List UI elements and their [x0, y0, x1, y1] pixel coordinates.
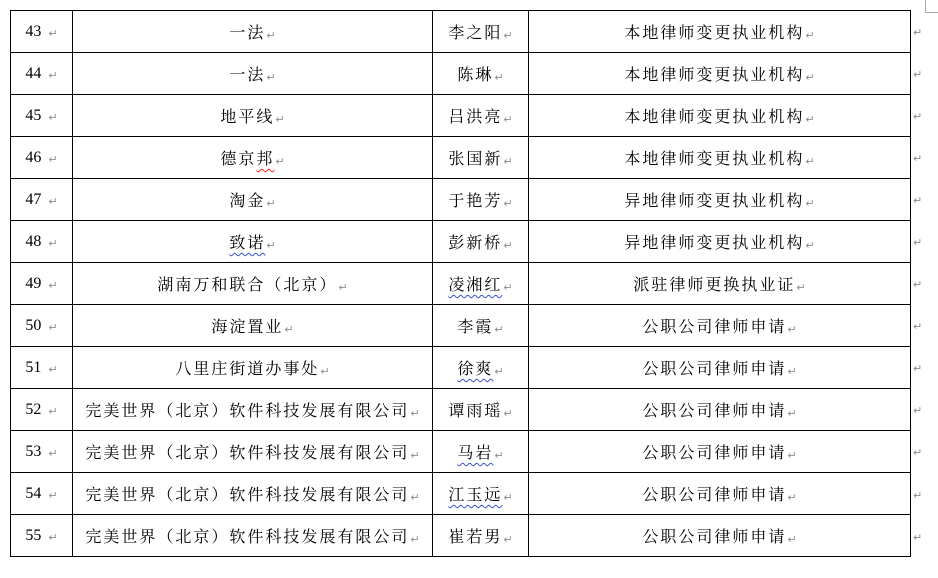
paragraph-mark-icon: ↵ [503, 281, 512, 294]
serial-cell: 50↵ [11, 305, 73, 347]
name-cell: 于艳芳↵ [433, 179, 529, 221]
table-row: 47↵淘金↵于艳芳↵异地律师变更执业机构↵ [11, 179, 911, 221]
paragraph-mark-icon: ↵ [338, 281, 347, 294]
name-cell: 吕洪亮↵ [433, 95, 529, 137]
table-row: 50↵海淀置业↵李霞↵公职公司律师申请↵ [11, 305, 911, 347]
cell-text: 本地律师变更执业机构 [624, 109, 804, 126]
end-of-row-mark-icon: ↵ [913, 516, 922, 558]
serial-number: 43 [25, 23, 41, 40]
serial-cell: 49↵ [11, 263, 73, 305]
end-of-row-mark-icon: ↵ [913, 179, 922, 221]
organization-cell: 完美世界（北京）软件科技发展有限公司↵ [73, 431, 433, 473]
organization-cell: 完美世界（北京）软件科技发展有限公司↵ [73, 473, 433, 515]
cell-text: 德京 [220, 151, 256, 168]
serial-number: 55 [25, 527, 41, 544]
organization-cell: 海淀置业↵ [73, 305, 433, 347]
cell-text: 崔若男 [448, 529, 502, 546]
table-row: 46↵德京邦↵张国新↵本地律师变更执业机构↵ [11, 137, 911, 179]
paragraph-mark-icon: ↵ [284, 323, 293, 336]
serial-number: 46 [25, 149, 41, 166]
serial-cell: 43↵ [11, 11, 73, 53]
paragraph-mark-icon: ↵ [805, 71, 814, 84]
paragraph-mark-icon: ↵ [787, 323, 796, 336]
paragraph-mark-icon: ↵ [48, 279, 57, 292]
text-boundary-corner-mark-icon [925, 0, 938, 13]
paragraph-mark-icon: ↵ [503, 29, 512, 42]
paragraph-mark-icon: ↵ [266, 29, 275, 42]
lawyer-applications-table: 43↵一法↵李之阳↵本地律师变更执业机构↵44↵一法↵陈琳↵本地律师变更执业机构… [10, 10, 911, 557]
wavy-underlined-text: 凌湘红 [448, 277, 502, 294]
organization-cell: 德京邦↵ [73, 137, 433, 179]
paragraph-mark-icon: ↵ [805, 155, 814, 168]
category-cell: 公职公司律师申请↵ [529, 347, 911, 389]
end-of-row-mark-icon: ↵ [913, 348, 922, 390]
paragraph-mark-icon: ↵ [48, 321, 57, 334]
serial-number: 51 [25, 359, 41, 376]
paragraph-mark-icon: ↵ [410, 449, 419, 462]
organization-cell: 湖南万和联合（北京）↵ [73, 263, 433, 305]
organization-cell: 一法↵ [73, 53, 433, 95]
cell-text: 公职公司律师申请 [642, 319, 786, 336]
cell-text: 公职公司律师申请 [642, 403, 786, 420]
wavy-underlined-text: 徐爽 [457, 361, 493, 378]
paragraph-mark-icon: ↵ [787, 533, 796, 546]
cell-text: 公职公司律师申请 [642, 361, 786, 378]
paragraph-mark-icon: ↵ [805, 239, 814, 252]
wavy-underlined-text: 马岩 [457, 445, 493, 462]
cell-text: 公职公司律师申请 [642, 529, 786, 546]
category-cell: 公职公司律师申请↵ [529, 389, 911, 431]
table-body: 43↵一法↵李之阳↵本地律师变更执业机构↵44↵一法↵陈琳↵本地律师变更执业机构… [11, 11, 911, 557]
paragraph-mark-icon: ↵ [494, 71, 503, 84]
end-of-row-mark-icon: ↵ [913, 474, 922, 516]
cell-text: 吕洪亮 [448, 109, 502, 126]
paragraph-mark-icon: ↵ [48, 195, 57, 208]
serial-cell: 48↵ [11, 221, 73, 263]
cell-text: 完美世界（北京）软件科技发展有限公司 [85, 403, 409, 420]
name-cell: 凌湘红↵ [433, 263, 529, 305]
paragraph-mark-icon: ↵ [48, 69, 57, 82]
cell-text: 完美世界（北京）软件科技发展有限公司 [85, 445, 409, 462]
table-row: 54↵完美世界（北京）软件科技发展有限公司↵江玉远↵公职公司律师申请↵ [11, 473, 911, 515]
table-row: 49↵湖南万和联合（北京）↵凌湘红↵派驻律师更换执业证↵ [11, 263, 911, 305]
category-cell: 公职公司律师申请↵ [529, 305, 911, 347]
serial-number: 54 [25, 485, 41, 502]
end-of-row-mark-icon: ↵ [913, 53, 922, 95]
paragraph-mark-icon: ↵ [805, 29, 814, 42]
paragraph-mark-icon: ↵ [805, 197, 814, 210]
paragraph-mark-icon: ↵ [503, 239, 512, 252]
serial-number: 49 [25, 275, 41, 292]
cell-text: 海淀置业 [211, 319, 283, 336]
organization-cell: 完美世界（北京）软件科技发展有限公司↵ [73, 515, 433, 557]
table-row: 44↵一法↵陈琳↵本地律师变更执业机构↵ [11, 53, 911, 95]
cell-text: 本地律师变更执业机构 [624, 25, 804, 42]
category-cell: 本地律师变更执业机构↵ [529, 11, 911, 53]
paragraph-mark-icon: ↵ [503, 407, 512, 420]
cell-text: 公职公司律师申请 [642, 445, 786, 462]
category-cell: 本地律师变更执业机构↵ [529, 53, 911, 95]
cell-text: 彭新桥 [448, 235, 502, 252]
organization-cell: 淘金↵ [73, 179, 433, 221]
serial-cell: 46↵ [11, 137, 73, 179]
category-cell: 异地律师变更执业机构↵ [529, 179, 911, 221]
serial-number: 50 [25, 317, 41, 334]
serial-number: 48 [25, 233, 41, 250]
name-cell: 江玉远↵ [433, 473, 529, 515]
organization-cell: 一法↵ [73, 11, 433, 53]
serial-cell: 44↵ [11, 53, 73, 95]
wavy-underlined-text: 江玉远 [448, 487, 502, 504]
paragraph-mark-icon: ↵ [787, 365, 796, 378]
cell-text: 淘金 [229, 193, 265, 210]
serial-cell: 52↵ [11, 389, 73, 431]
table-row: 43↵一法↵李之阳↵本地律师变更执业机构↵ [11, 11, 911, 53]
cell-text: 八里庄街道办事处 [175, 361, 319, 378]
cell-text: 李之阳 [448, 25, 502, 42]
cell-text: 一法 [229, 25, 265, 42]
cell-text: 一法 [229, 67, 265, 84]
table-row: 51↵八里庄街道办事处↵徐爽↵公职公司律师申请↵ [11, 347, 911, 389]
cell-text: 异地律师变更执业机构 [624, 193, 804, 210]
paragraph-mark-icon: ↵ [494, 365, 503, 378]
paragraph-mark-icon: ↵ [48, 405, 57, 418]
name-cell: 彭新桥↵ [433, 221, 529, 263]
cell-text: 于艳芳 [448, 193, 502, 210]
category-cell: 本地律师变更执业机构↵ [529, 137, 911, 179]
name-cell: 徐爽↵ [433, 347, 529, 389]
paragraph-mark-icon: ↵ [48, 153, 57, 166]
name-cell: 马岩↵ [433, 431, 529, 473]
wavy-underlined-text: 邦 [256, 151, 274, 168]
document-page: 43↵一法↵李之阳↵本地律师变更执业机构↵44↵一法↵陈琳↵本地律师变更执业机构… [0, 0, 938, 578]
paragraph-mark-icon: ↵ [320, 365, 329, 378]
end-of-row-mark-icon: ↵ [913, 390, 922, 432]
table-row: 45↵地平线↵吕洪亮↵本地律师变更执业机构↵ [11, 95, 911, 137]
cell-text: 李霞 [457, 319, 493, 336]
end-of-row-mark-icon: ↵ [913, 95, 922, 137]
paragraph-mark-icon: ↵ [787, 407, 796, 420]
serial-cell: 55↵ [11, 515, 73, 557]
serial-number: 45 [25, 107, 41, 124]
serial-cell: 45↵ [11, 95, 73, 137]
name-cell: 崔若男↵ [433, 515, 529, 557]
cell-text: 湖南万和联合（北京） [157, 277, 337, 294]
category-cell: 异地律师变更执业机构↵ [529, 221, 911, 263]
paragraph-mark-icon: ↵ [48, 363, 57, 376]
paragraph-mark-icon: ↵ [266, 71, 275, 84]
paragraph-mark-icon: ↵ [503, 491, 512, 504]
end-of-row-mark-icon: ↵ [913, 221, 922, 263]
paragraph-mark-icon: ↵ [503, 197, 512, 210]
cell-text: 公职公司律师申请 [642, 487, 786, 504]
paragraph-mark-icon: ↵ [48, 489, 57, 502]
paragraph-mark-icon: ↵ [48, 237, 57, 250]
paragraph-mark-icon: ↵ [787, 449, 796, 462]
category-cell: 公职公司律师申请↵ [529, 431, 911, 473]
paragraph-mark-icon: ↵ [410, 407, 419, 420]
cell-text: 谭雨瑶 [448, 403, 502, 420]
name-cell: 李之阳↵ [433, 11, 529, 53]
serial-number: 52 [25, 401, 41, 418]
paragraph-mark-icon: ↵ [494, 323, 503, 336]
paragraph-mark-icon: ↵ [410, 491, 419, 504]
paragraph-mark-icon: ↵ [48, 111, 57, 124]
paragraph-mark-icon: ↵ [494, 449, 503, 462]
paragraph-mark-icon: ↵ [796, 281, 805, 294]
serial-cell: 51↵ [11, 347, 73, 389]
serial-cell: 53↵ [11, 431, 73, 473]
category-cell: 派驻律师更换执业证↵ [529, 263, 911, 305]
end-of-row-mark-icon: ↵ [913, 11, 922, 53]
paragraph-mark-icon: ↵ [503, 533, 512, 546]
category-cell: 公职公司律师申请↵ [529, 515, 911, 557]
table-row: 52↵完美世界（北京）软件科技发展有限公司↵谭雨瑶↵公职公司律师申请↵ [11, 389, 911, 431]
name-cell: 谭雨瑶↵ [433, 389, 529, 431]
end-of-row-marks: ↵↵↵↵↵↵↵↵↵↵↵↵↵ [913, 11, 922, 558]
cell-text: 本地律师变更执业机构 [624, 151, 804, 168]
organization-cell: 地平线↵ [73, 95, 433, 137]
cell-text: 派驻律师更换执业证 [633, 277, 795, 294]
cell-text: 陈琳 [457, 67, 493, 84]
table-row: 55↵完美世界（北京）软件科技发展有限公司↵崔若男↵公职公司律师申请↵ [11, 515, 911, 557]
paragraph-mark-icon: ↵ [805, 113, 814, 126]
cell-text: 地平线 [220, 109, 274, 126]
cell-text: 完美世界（北京）软件科技发展有限公司 [85, 529, 409, 546]
table-row: 53↵完美世界（北京）软件科技发展有限公司↵马岩↵公职公司律师申请↵ [11, 431, 911, 473]
cell-text: 完美世界（北京）软件科技发展有限公司 [85, 487, 409, 504]
paragraph-mark-icon: ↵ [275, 113, 284, 126]
paragraph-mark-icon: ↵ [48, 531, 57, 544]
serial-number: 47 [25, 191, 41, 208]
serial-number: 53 [25, 443, 41, 460]
cell-text: 张国新 [448, 151, 502, 168]
organization-cell: 八里庄街道办事处↵ [73, 347, 433, 389]
paragraph-mark-icon: ↵ [275, 155, 284, 168]
end-of-row-mark-icon: ↵ [913, 264, 922, 306]
paragraph-mark-icon: ↵ [410, 533, 419, 546]
organization-cell: 致诺↵ [73, 221, 433, 263]
cell-text: 异地律师变更执业机构 [624, 235, 804, 252]
paragraph-mark-icon: ↵ [503, 113, 512, 126]
paragraph-mark-icon: ↵ [266, 239, 275, 252]
end-of-row-mark-icon: ↵ [913, 432, 922, 474]
paragraph-mark-icon: ↵ [503, 155, 512, 168]
wavy-underlined-text: 致诺 [229, 235, 265, 252]
name-cell: 张国新↵ [433, 137, 529, 179]
name-cell: 李霞↵ [433, 305, 529, 347]
paragraph-mark-icon: ↵ [48, 447, 57, 460]
end-of-row-mark-icon: ↵ [913, 306, 922, 348]
end-of-row-mark-icon: ↵ [913, 137, 922, 179]
category-cell: 本地律师变更执业机构↵ [529, 95, 911, 137]
serial-cell: 54↵ [11, 473, 73, 515]
serial-number: 44 [25, 65, 41, 82]
paragraph-mark-icon: ↵ [48, 27, 57, 40]
table-row: 48↵致诺↵彭新桥↵异地律师变更执业机构↵ [11, 221, 911, 263]
organization-cell: 完美世界（北京）软件科技发展有限公司↵ [73, 389, 433, 431]
serial-cell: 47↵ [11, 179, 73, 221]
paragraph-mark-icon: ↵ [787, 491, 796, 504]
category-cell: 公职公司律师申请↵ [529, 473, 911, 515]
paragraph-mark-icon: ↵ [266, 197, 275, 210]
name-cell: 陈琳↵ [433, 53, 529, 95]
cell-text: 本地律师变更执业机构 [624, 67, 804, 84]
